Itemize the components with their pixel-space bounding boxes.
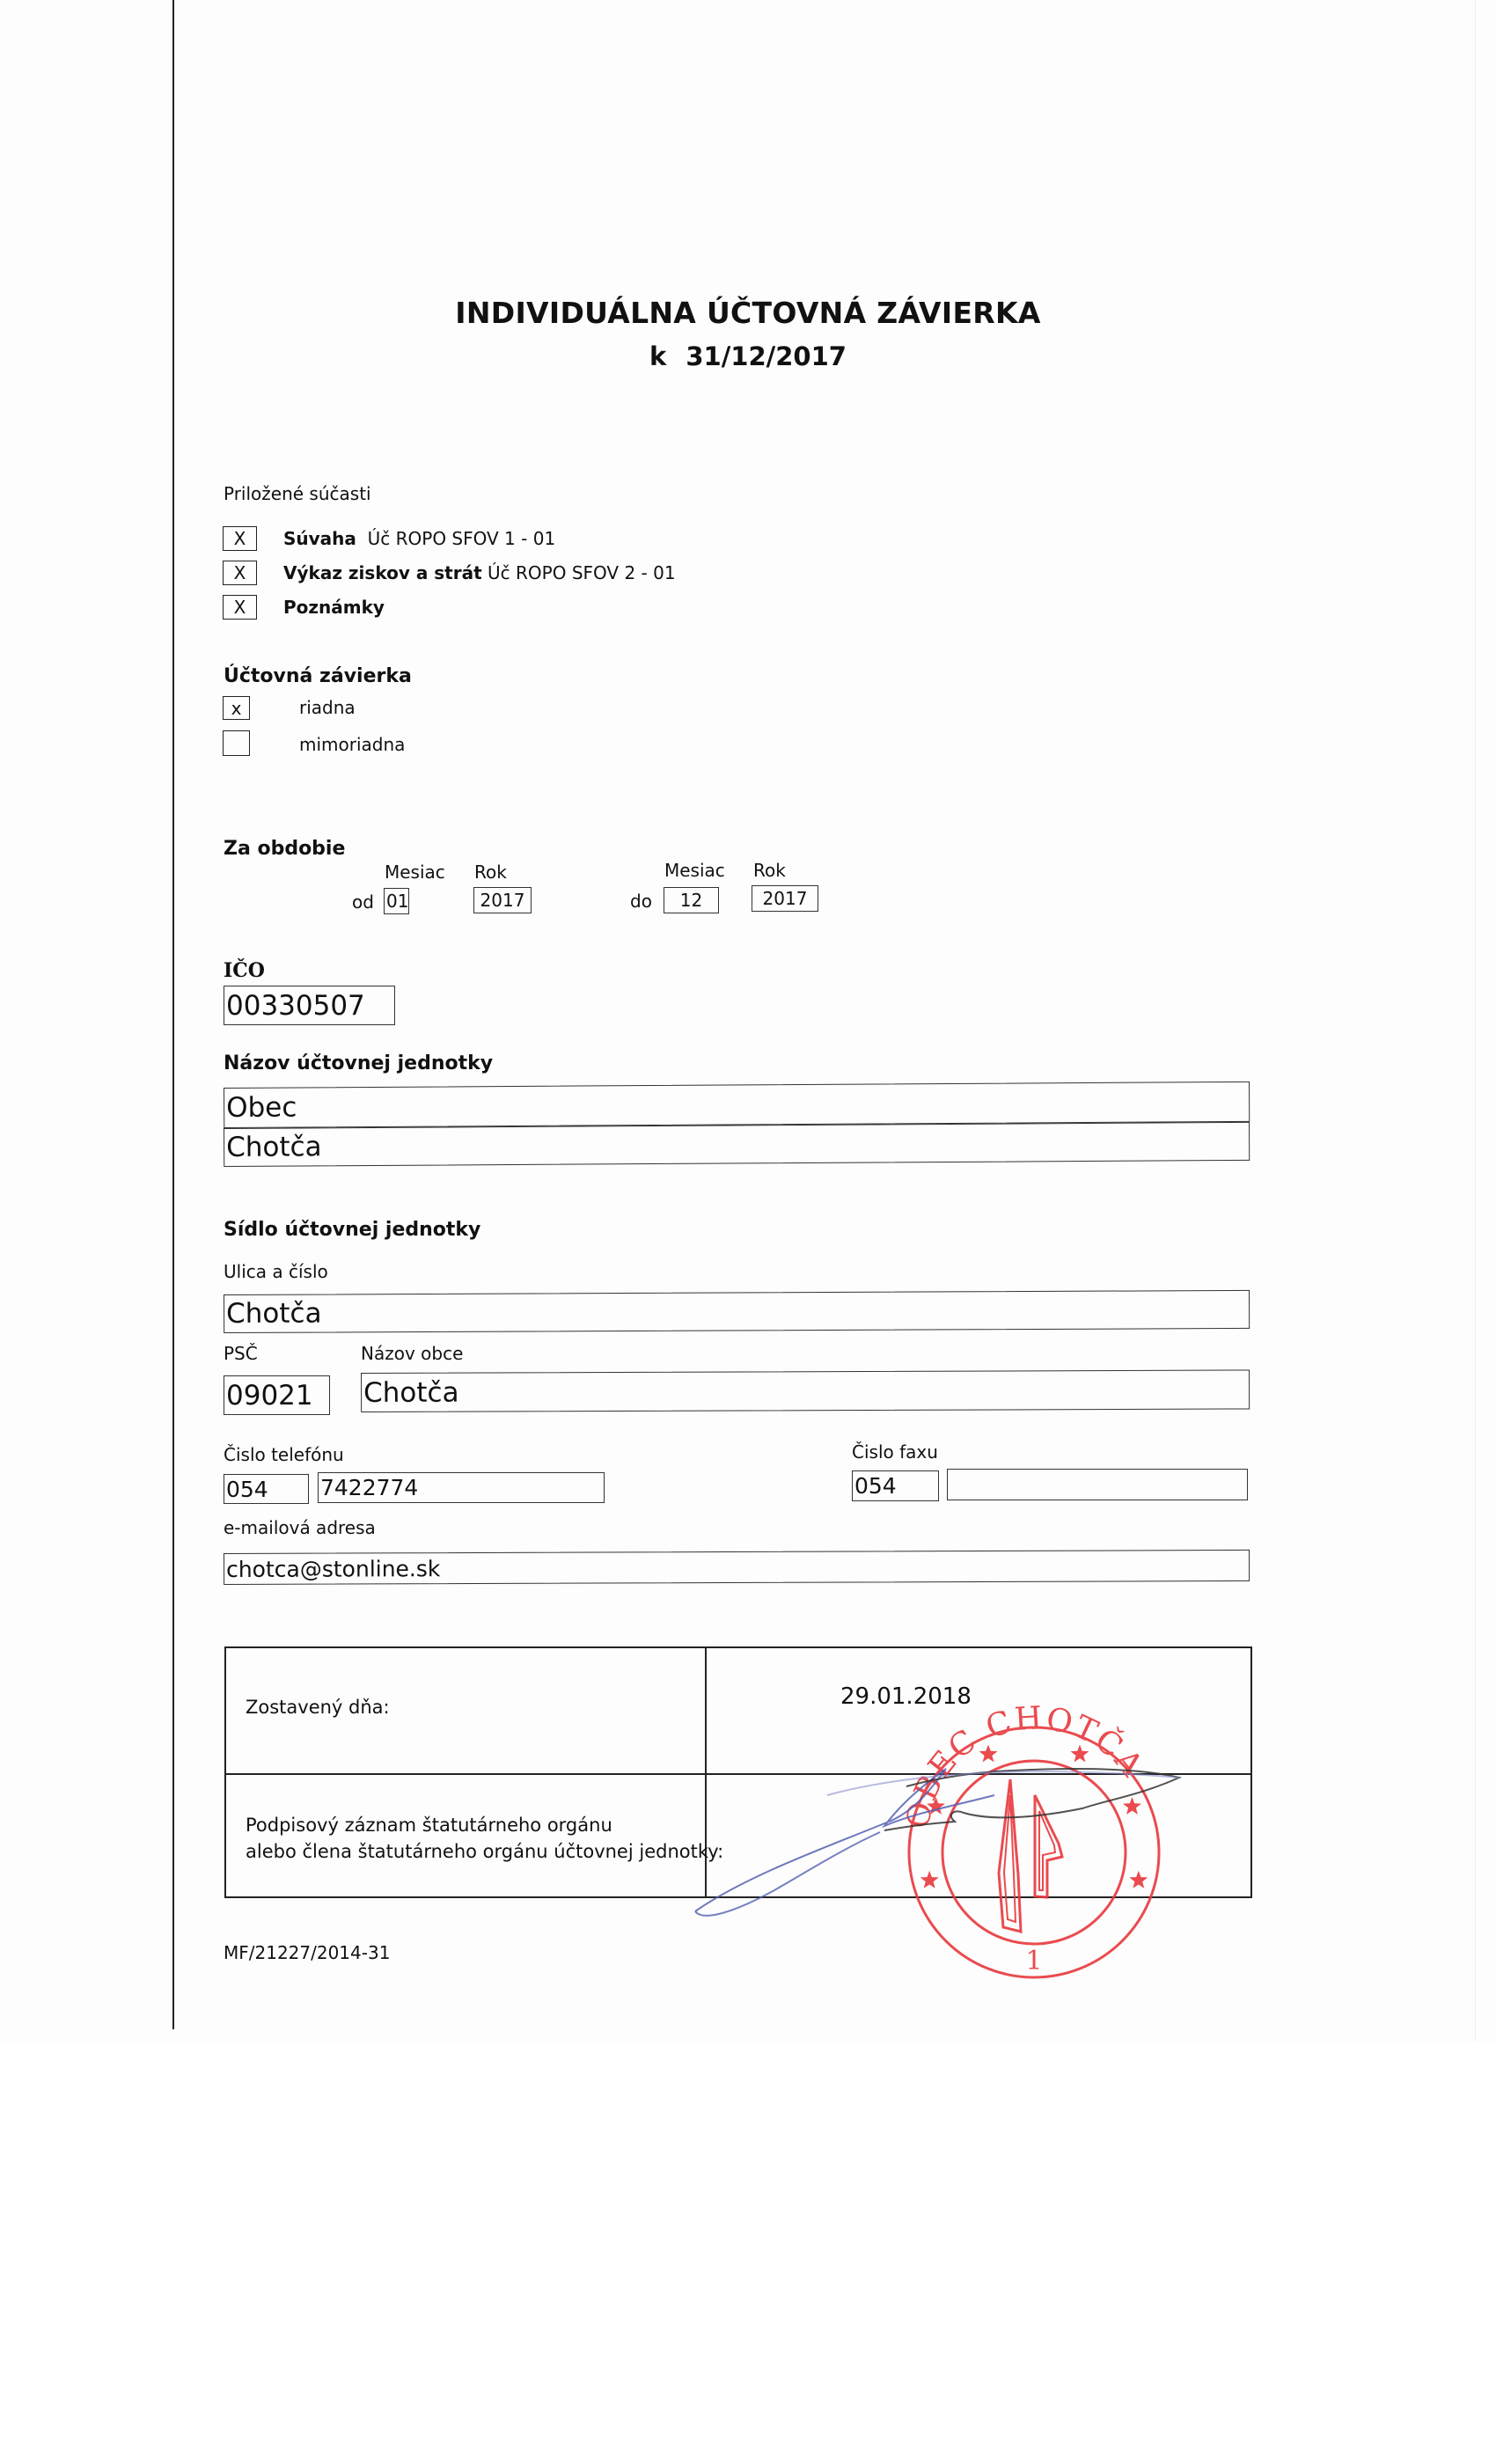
- statement-type-label: Účtovná závierka: [224, 665, 412, 687]
- street-label: Ulica a číslo: [224, 1261, 328, 1282]
- checkbox-mimoriadna[interactable]: [223, 730, 250, 756]
- attachment-name: Výkaz ziskov a strát: [283, 562, 482, 583]
- signature-label-line1: Podpisový záznam štatutárneho orgánu: [246, 1812, 612, 1838]
- attachment-name: Súvaha: [283, 528, 356, 549]
- attachment-item-vykaz: Výkaz ziskov a strát Úč ROPO SFOV 2 - 01: [283, 562, 676, 583]
- from-year-label: Rok: [474, 862, 507, 883]
- document-date: k31/12/2017: [0, 341, 1496, 371]
- street-field[interactable]: Chotča: [224, 1290, 1250, 1333]
- to-month-field[interactable]: 12: [664, 887, 719, 913]
- attachment-item-poznamky: Poznámky: [283, 597, 385, 618]
- fax-prefix-field[interactable]: 054: [852, 1470, 939, 1501]
- date-prefix: k: [649, 341, 666, 371]
- city-label: Názov obce: [361, 1343, 463, 1364]
- from-month-field[interactable]: 01: [384, 888, 409, 914]
- seat-label: Sídlo účtovnej jednotky: [224, 1219, 480, 1241]
- signature-label-line2: alebo člena štatutárneho orgánu účtovnej…: [246, 1838, 723, 1865]
- option-riadna-label: riadna: [299, 697, 356, 718]
- attachment-item-suvaha: Súvaha Úč ROPO SFOV 1 - 01: [283, 528, 555, 549]
- checkbox-riadna[interactable]: x: [223, 696, 250, 720]
- attachment-code: Úč ROPO SFOV 1 - 01: [368, 528, 556, 549]
- zip-field[interactable]: 09021: [224, 1375, 330, 1415]
- ico-field[interactable]: 00330507: [224, 986, 395, 1025]
- unit-name-label: Názov účtovnej jednotky: [224, 1052, 493, 1074]
- zip-label: PSČ: [224, 1343, 258, 1364]
- signature-table: Zostavený dňa: 29.01.2018 Podpisový zázn…: [224, 1646, 1252, 1898]
- fax-number-field[interactable]: [947, 1469, 1248, 1500]
- checkbox-suvaha[interactable]: X: [223, 526, 257, 551]
- table-row-divider: [226, 1773, 1250, 1775]
- from-month-label: Mesiac: [385, 862, 445, 883]
- checkbox-vykaz[interactable]: X: [223, 561, 257, 585]
- email-label: e-mailová adresa: [224, 1517, 376, 1538]
- attachments-label: Priložené súčasti: [224, 483, 371, 504]
- compiled-date-label: Zostavený dňa:: [246, 1694, 390, 1720]
- form-code: MF/21227/2014-31: [224, 1942, 390, 1963]
- period-label: Za obdobie: [224, 838, 345, 860]
- from-year-field[interactable]: 2017: [473, 887, 532, 913]
- fax-label: Čislo faxu: [852, 1441, 938, 1463]
- email-field[interactable]: chotca@stonline.sk: [224, 1550, 1250, 1585]
- compiled-date-value: 29.01.2018: [840, 1683, 972, 1710]
- document-title: INDIVIDUÁLNA ÚČTOVNÁ ZÁVIERKA: [0, 296, 1496, 330]
- to-year-label: Rok: [753, 860, 786, 881]
- phone-number-field[interactable]: 7422774: [318, 1472, 605, 1503]
- unit-name-line2-field[interactable]: Chotča: [224, 1122, 1250, 1167]
- checkbox-poznamky[interactable]: X: [223, 595, 257, 620]
- from-label: od: [352, 891, 374, 913]
- to-month-label: Mesiac: [664, 860, 725, 881]
- ico-label: IČO: [224, 959, 265, 982]
- phone-label: Čislo telefónu: [224, 1444, 344, 1465]
- unit-name-line1-field[interactable]: Obec: [224, 1082, 1250, 1128]
- to-year-field[interactable]: 2017: [752, 885, 818, 912]
- phone-prefix-field[interactable]: 054: [224, 1474, 309, 1504]
- date-value: 31/12/2017: [686, 341, 847, 371]
- to-label: do: [630, 891, 652, 912]
- attachment-code: Úč ROPO SFOV 2 - 01: [488, 562, 676, 583]
- city-field[interactable]: Chotča: [361, 1369, 1250, 1412]
- attachment-name: Poznámky: [283, 597, 385, 618]
- option-mimoriadna-label: mimoriadna: [299, 734, 405, 755]
